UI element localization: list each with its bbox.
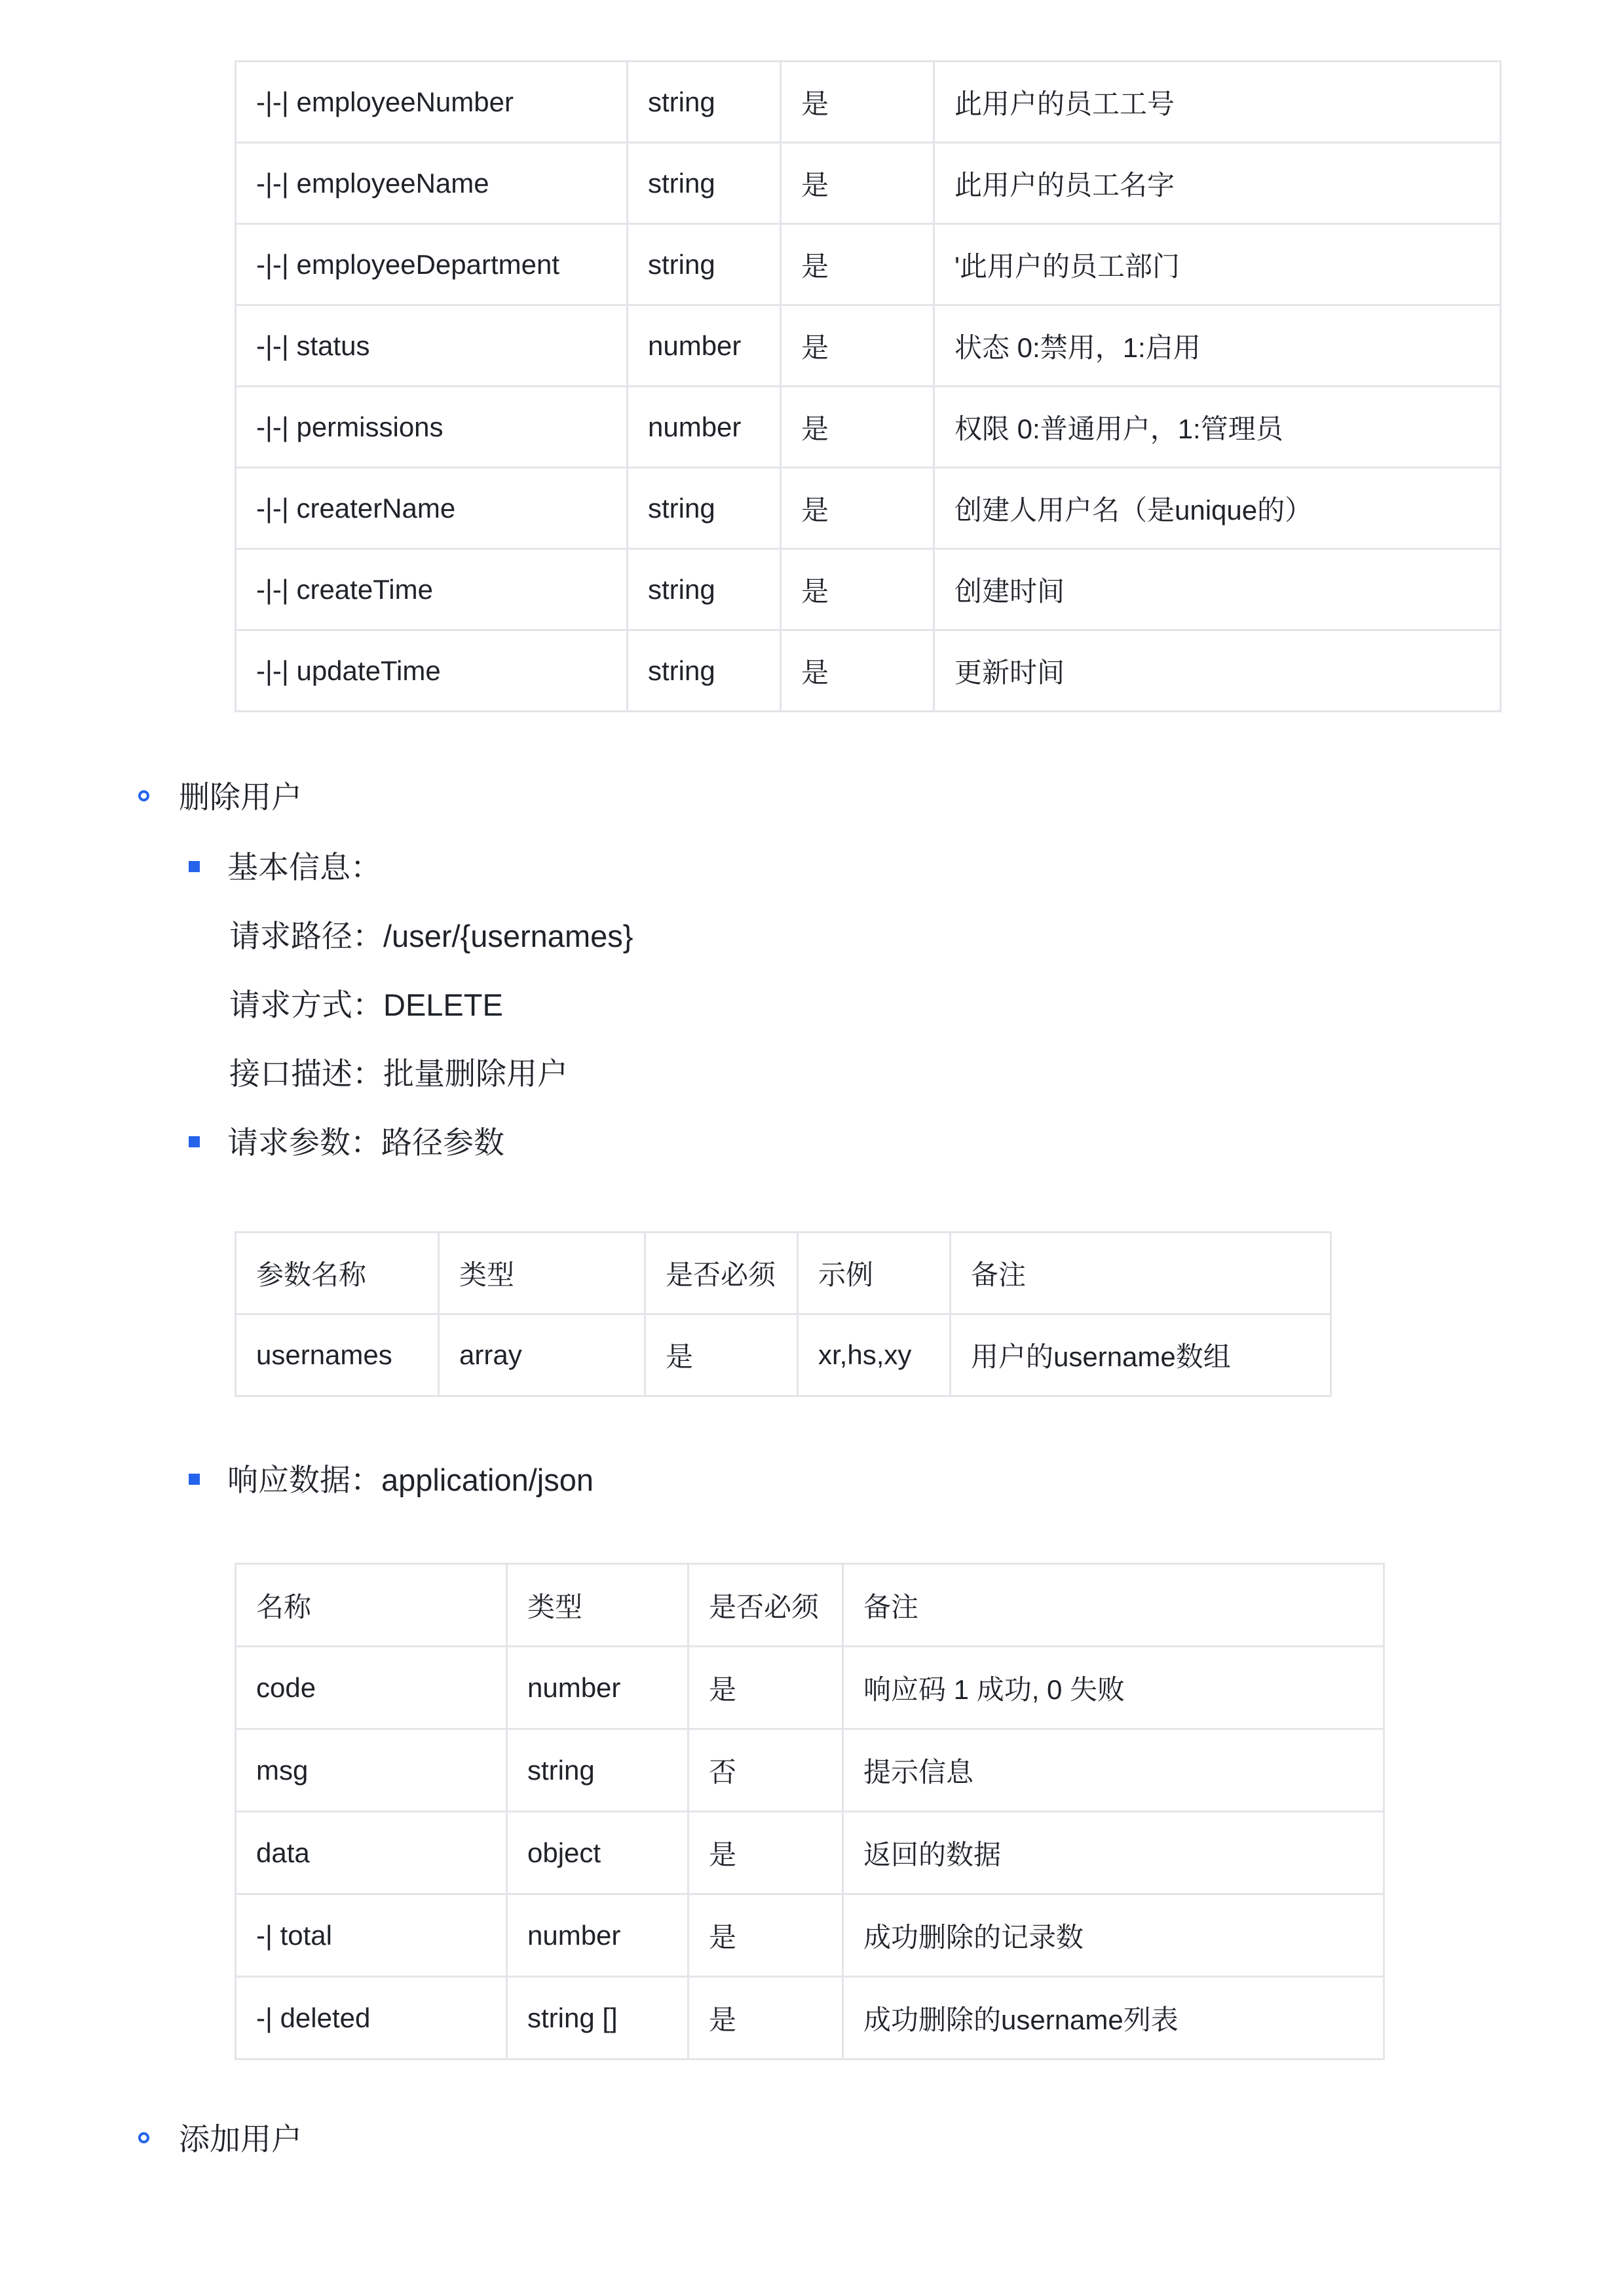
table-row: -|-| employeeNumber string 是 此用户的员工工号 (236, 62, 1501, 143)
cell-field-required: 是 (781, 143, 934, 224)
header-resp-type: 类型 (507, 1564, 689, 1647)
cell-field-type: string (628, 630, 781, 712)
table-header-row: 名称 类型 是否必须 备注 (236, 1564, 1384, 1647)
cell-field-required: 是 (781, 468, 934, 549)
cell-field-required: 是 (781, 549, 934, 630)
cell-field-remark: 此用户的员工名字 (934, 143, 1501, 224)
header-resp-required: 是否必须 (689, 1564, 843, 1647)
response-table: 名称 类型 是否必须 备注 code number 是 响应码 1 成功, 0 … (235, 1563, 1385, 2060)
header-param-name: 参数名称 (236, 1233, 439, 1314)
header-resp-remark: 备注 (843, 1564, 1384, 1647)
cell-resp-type: number (507, 1894, 689, 1977)
cell-field-type: number (628, 305, 781, 387)
api-description-line: 接口描述：批量删除用户 (229, 1058, 568, 1090)
square-bullet-icon (189, 861, 200, 872)
cell-field-type: string (628, 549, 781, 630)
cell-resp-required: 是 (689, 1647, 843, 1729)
header-param-example: 示例 (798, 1233, 951, 1314)
square-bullet-icon (189, 1136, 200, 1147)
cell-resp-remark: 返回的数据 (843, 1812, 1384, 1894)
cell-field-name: -|-| createrName (236, 468, 628, 549)
cell-field-name: -|-| updateTime (236, 630, 628, 712)
table-row: -| total number 是 成功删除的记录数 (236, 1894, 1384, 1977)
cell-field-name: -|-| employeeDepartment (236, 224, 628, 305)
cell-resp-required: 是 (689, 1894, 843, 1977)
table-row: data object 是 返回的数据 (236, 1812, 1384, 1894)
cell-field-remark: 创建人用户名（是unique的） (934, 468, 1501, 549)
cell-resp-remark: 成功删除的username列表 (843, 1977, 1384, 2059)
cell-param-name: usernames (236, 1314, 439, 1396)
table-row: -|-| employeeDepartment string 是 '此用户的员工… (236, 224, 1501, 305)
api-doc-page: -|-| employeeNumber string 是 此用户的员工工号 -|… (0, 0, 1624, 2296)
basic-info-heading: 基本信息： (227, 851, 381, 884)
cell-field-required: 是 (781, 387, 934, 468)
circle-bullet-icon (138, 2132, 149, 2143)
request-path-line: 请求路径：/user/{usernames} (229, 920, 633, 953)
cell-param-example: xr,hs,xy (798, 1314, 951, 1396)
table-row: code number 是 响应码 1 成功, 0 失败 (236, 1647, 1384, 1729)
circle-bullet-icon (138, 790, 149, 801)
response-heading: 响应数据：application/json (227, 1464, 594, 1497)
table-row: -| deleted string [] 是 成功删除的username列表 (236, 1977, 1384, 2059)
cell-field-remark: '此用户的员工部门 (934, 224, 1501, 305)
cell-resp-name: -| total (236, 1894, 507, 1977)
cell-param-required: 是 (645, 1314, 798, 1396)
cell-field-remark: 创建时间 (934, 549, 1501, 630)
header-param-type: 类型 (439, 1233, 645, 1314)
table-row: -|-| updateTime string 是 更新时间 (236, 630, 1501, 712)
cell-resp-name: msg (236, 1729, 507, 1812)
cell-resp-name: data (236, 1812, 507, 1894)
table-header-row: 参数名称 类型 是否必须 示例 备注 (236, 1233, 1331, 1314)
cell-field-remark: 更新时间 (934, 630, 1501, 712)
section-title-add-user: 添加用户 (179, 2123, 302, 2156)
cell-resp-remark: 响应码 1 成功, 0 失败 (843, 1647, 1384, 1729)
cell-field-name: -|-| permissions (236, 387, 628, 468)
cell-resp-remark: 提示信息 (843, 1729, 1384, 1812)
cell-field-remark: 此用户的员工工号 (934, 62, 1501, 143)
cell-param-remark: 用户的username数组 (951, 1314, 1331, 1396)
cell-resp-required: 是 (689, 1812, 843, 1894)
cell-resp-type: string [] (507, 1977, 689, 2059)
cell-resp-name: code (236, 1647, 507, 1729)
header-resp-name: 名称 (236, 1564, 507, 1647)
table-row: msg string 否 提示信息 (236, 1729, 1384, 1812)
table-row: -|-| permissions number 是 权限 0:普通用户，1:管理… (236, 387, 1501, 468)
square-bullet-icon (189, 1474, 200, 1485)
header-param-remark: 备注 (951, 1233, 1331, 1314)
path-params-table: 参数名称 类型 是否必须 示例 备注 usernames array 是 xr,… (235, 1231, 1332, 1397)
cell-field-type: number (628, 387, 781, 468)
request-params-heading: 请求参数：路径参数 (227, 1126, 504, 1159)
request-method-line: 请求方式：DELETE (229, 989, 503, 1022)
table-row: -|-| status number 是 状态 0:禁用，1:启用 (236, 305, 1501, 387)
cell-resp-required: 是 (689, 1977, 843, 2059)
cell-field-name: -|-| employeeNumber (236, 62, 628, 143)
table-row: -|-| createTime string 是 创建时间 (236, 549, 1501, 630)
cell-field-type: string (628, 143, 781, 224)
cell-field-name: -|-| employeeName (236, 143, 628, 224)
user-schema-table: -|-| employeeNumber string 是 此用户的员工工号 -|… (235, 60, 1501, 712)
table-row: -|-| createrName string 是 创建人用户名（是unique… (236, 468, 1501, 549)
cell-field-required: 是 (781, 224, 934, 305)
cell-resp-required: 否 (689, 1729, 843, 1812)
cell-field-name: -|-| status (236, 305, 628, 387)
cell-field-type: string (628, 62, 781, 143)
cell-field-required: 是 (781, 62, 934, 143)
cell-field-required: 是 (781, 630, 934, 712)
cell-field-type: string (628, 468, 781, 549)
section-title-delete-user: 删除用户 (179, 781, 302, 814)
cell-param-type: array (439, 1314, 645, 1396)
cell-resp-type: number (507, 1647, 689, 1729)
cell-resp-name: -| deleted (236, 1977, 507, 2059)
cell-field-type: string (628, 224, 781, 305)
cell-resp-type: object (507, 1812, 689, 1894)
cell-field-required: 是 (781, 305, 934, 387)
cell-field-remark: 状态 0:禁用，1:启用 (934, 305, 1501, 387)
cell-field-remark: 权限 0:普通用户，1:管理员 (934, 387, 1501, 468)
table-row: usernames array 是 xr,hs,xy 用户的username数组 (236, 1314, 1331, 1396)
header-param-required: 是否必须 (645, 1233, 798, 1314)
table-row: -|-| employeeName string 是 此用户的员工名字 (236, 143, 1501, 224)
cell-resp-type: string (507, 1729, 689, 1812)
cell-resp-remark: 成功删除的记录数 (843, 1894, 1384, 1977)
cell-field-name: -|-| createTime (236, 549, 628, 630)
